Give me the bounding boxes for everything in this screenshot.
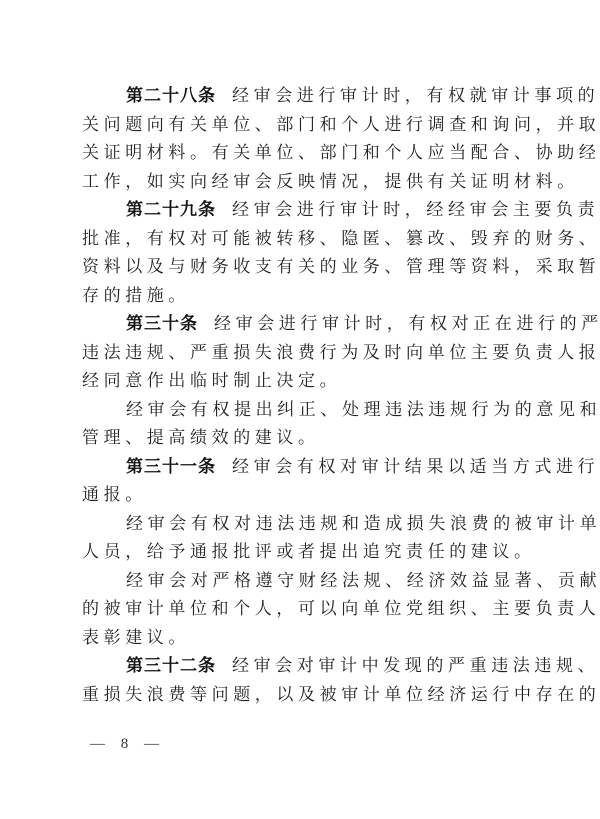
article-heading: 第三十二条 <box>126 656 216 676</box>
paragraph-line: 经审会对严格遵守财经法规、经济效益显著、贡献突出 <box>82 567 524 596</box>
paragraph-line: 经同意作出临时制止决定。 <box>82 367 524 396</box>
paragraph-line: 工作，如实向经审会反映情况，提供有关证明材料。 <box>82 168 524 197</box>
paragraph-line: 第二十九条经审会进行审计时，经经审会主要负责人 <box>82 196 524 225</box>
paragraph-line: 资料以及与财务收支有关的业务、管理等资料，采取暂时封 <box>82 253 524 282</box>
paragraph-line: 第二十八条经审会进行审计时，有权就审计事项的有 <box>82 82 524 111</box>
paragraph-line: 通报。 <box>82 481 524 510</box>
paragraph-line: 表彰建议。 <box>82 624 524 653</box>
paragraph-line: 关问题向有关单位、部门和个人进行调查和询问，并取得有 <box>82 111 524 140</box>
paragraph-line: 第三十二条经审会对审计中发现的严重违法违规、严 <box>82 652 524 681</box>
paragraph-line: 的被审计单位和个人，可以向单位党组织、主要负责人提出 <box>82 595 524 624</box>
document-page: 第二十八条经审会进行审计时，有权就审计事项的有 关问题向有关单位、部门和个人进行… <box>82 82 524 709</box>
article-heading: 第三十条 <box>126 314 198 334</box>
paragraph-line: 经审会有权提出纠正、处理违法违规行为的意见和改进 <box>82 396 524 425</box>
page-number: — 8 — <box>90 736 165 753</box>
paragraph-line: 管理、提高绩效的建议。 <box>82 424 524 453</box>
paragraph-line: 重损失浪费等问题，以及被审计单位经济运行中存在的重大 <box>82 681 524 710</box>
paragraph-line: 人员，给予通报批评或者提出追究责任的建议。 <box>82 538 524 567</box>
paragraph-line: 违法违规、严重损失浪费行为及时向单位主要负责人报告， <box>82 339 524 368</box>
paragraph-line: 存的措施。 <box>82 282 524 311</box>
paragraph-line: 第三十条经审会进行审计时，有权对正在进行的严重 <box>82 310 524 339</box>
article-heading: 第三十一条 <box>126 457 216 477</box>
paragraph-line: 经审会有权对违法违规和造成损失浪费的被审计单位和 <box>82 510 524 539</box>
paragraph-line: 关证明材料。有关单位、部门和个人应当配合、协助经审会 <box>82 139 524 168</box>
article-heading: 第二十九条 <box>126 200 216 220</box>
article-heading: 第二十八条 <box>126 86 216 106</box>
paragraph-line: 批准，有权对可能被转移、隐匿、篡改、毁弃的财务、会计 <box>82 225 524 254</box>
paragraph-line: 第三十一条经审会有权对审计结果以适当方式进行 <box>82 453 524 482</box>
